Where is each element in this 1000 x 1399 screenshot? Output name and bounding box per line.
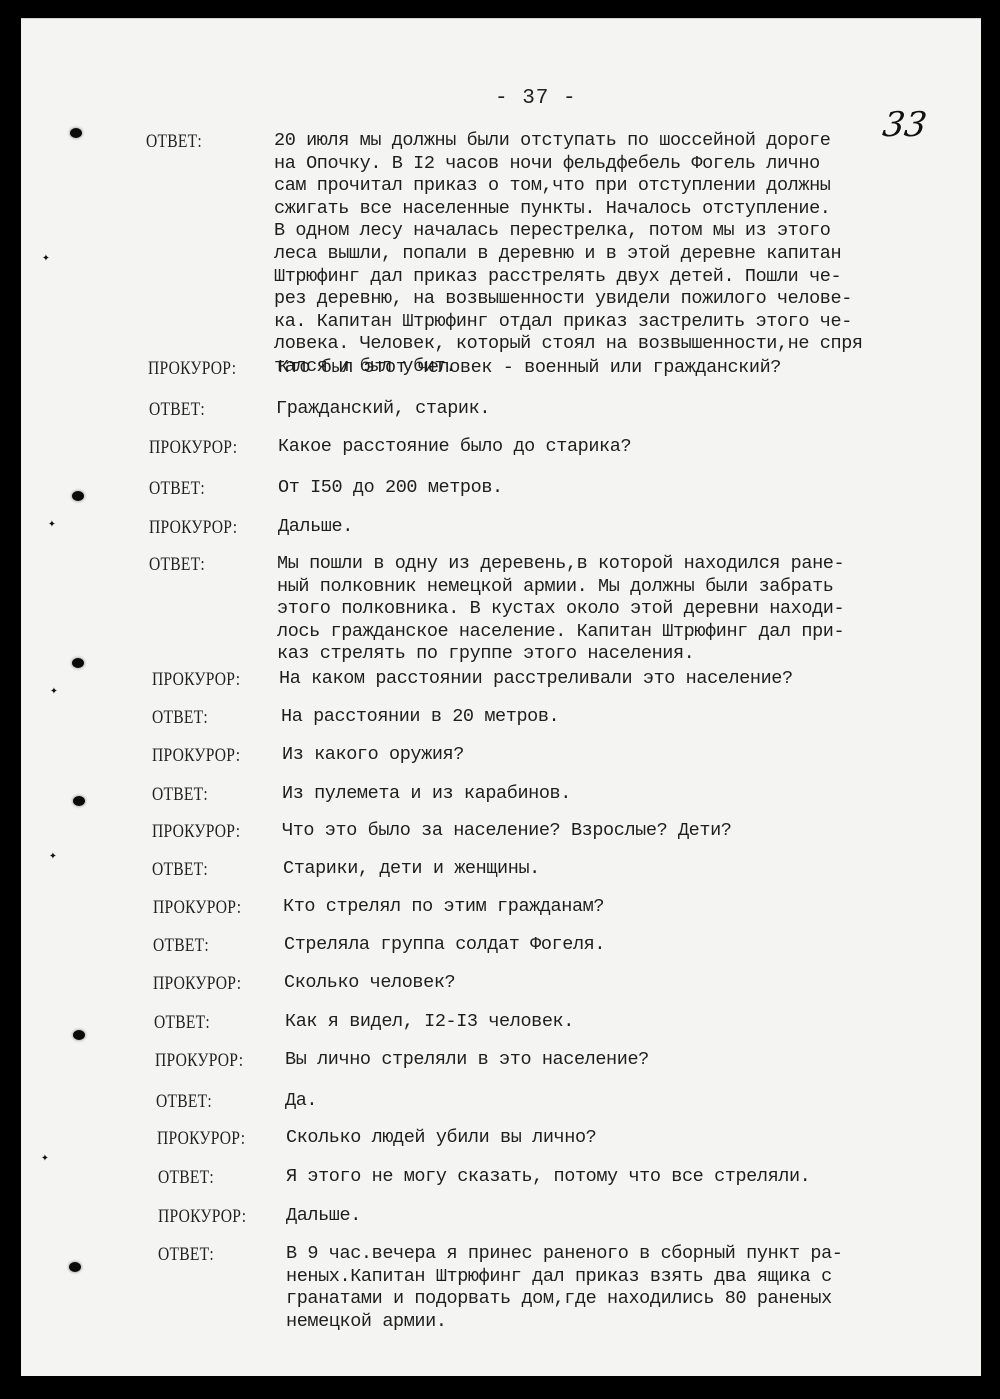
transcript-line: немецкой армии. <box>286 1311 447 1334</box>
speaker-label: ОТВЕТ: <box>152 707 208 729</box>
transcript-line: Гражданский, старик. <box>276 398 490 421</box>
transcript-line: Старики, дети и женщины. <box>283 858 540 881</box>
transcript-line: сам прочитал приказ о том,что при отступ… <box>274 175 831 198</box>
speaker-label: ОТВЕТ: <box>152 859 208 881</box>
transcript-line: Как я видел, I2-I3 человек. <box>285 1011 574 1034</box>
transcript-line: ловека. Человек, который стоял на возвыш… <box>274 333 863 356</box>
transcript-line: этого полковника. В кустах около этой де… <box>277 598 844 621</box>
punch-hole-icon <box>73 1030 85 1040</box>
speaker-label: ПРОКУРОР: <box>155 1050 243 1072</box>
punch-hole-icon <box>73 796 85 806</box>
transcript-line: В одном лесу началась перестрелка, потом… <box>274 220 831 243</box>
transcript-line: От I50 до 200 метров. <box>278 477 503 500</box>
transcript-line: Кто был этот человек - военный или гражд… <box>278 357 781 380</box>
speaker-label: ОТВЕТ: <box>158 1167 214 1189</box>
transcript-line: Сколько человек? <box>284 972 455 995</box>
punch-hole-icon <box>72 491 84 501</box>
speaker-label: ПРОКУРОР: <box>153 973 241 995</box>
transcript-line: На расстоянии в 20 метров. <box>281 706 559 729</box>
transcript-line: Из пулемета и из карабинов. <box>282 783 571 806</box>
speaker-label: ОТВЕТ: <box>149 478 205 500</box>
speaker-label: ОТВЕТ: <box>153 935 209 957</box>
transcript-line: Какое расстояние было до старика? <box>278 436 631 459</box>
punch-hole-icon <box>69 1262 81 1272</box>
transcript-line: лось гражданское население. Капитан Штрю… <box>277 621 844 644</box>
speaker-label: ПРОКУРОР: <box>158 1206 246 1228</box>
speaker-label: ПРОКУРОР: <box>152 821 240 843</box>
transcript-line: Стреляла группа солдат Фогеля. <box>284 934 605 957</box>
transcript-line: ный полковник немецкой армии. Мы должны … <box>277 576 834 599</box>
ink-speck-icon: ✦ <box>49 850 61 862</box>
ink-speck-icon: ✦ <box>42 252 54 264</box>
transcript-line: каз стрелять по группе этого населения. <box>277 643 694 666</box>
transcript-line: неных.Капитан Штрюфинг дал приказ взять … <box>286 1266 832 1289</box>
speaker-label: ПРОКУРОР: <box>152 745 240 767</box>
transcript-line: леса вышли, попали в деревню и в этой де… <box>274 243 841 266</box>
transcript-line: Из какого оружия? <box>282 744 464 767</box>
transcript-line: Штрюфинг дал приказ расстрелять двух дет… <box>274 266 841 289</box>
speaker-label: ПРОКУРОР: <box>149 517 237 539</box>
transcript-line: Мы пошли в одну из деревень,в которой на… <box>277 553 844 576</box>
transcript-line: ка. Капитан Штрюфинг отдал приказ застре… <box>274 311 852 334</box>
speaker-label: ОТВЕТ: <box>149 399 205 421</box>
speaker-label: ПРОКУРОР: <box>153 897 241 919</box>
transcript-line: В 9 час.вечера я принес раненого в сборн… <box>286 1243 843 1266</box>
ink-speck-icon: ✦ <box>50 685 62 697</box>
transcript-line: Я этого не могу сказать, потому что все … <box>286 1166 810 1189</box>
transcript-line: На каком расстоянии расстреливали это на… <box>279 668 793 691</box>
punch-hole-icon <box>72 658 84 668</box>
punch-hole-icon <box>70 128 82 138</box>
speaker-label: ПРОКУРОР: <box>157 1128 245 1150</box>
transcript-line: гранатами и подорвать дом,где находились… <box>286 1288 832 1311</box>
ink-speck-icon: ✦ <box>48 518 60 530</box>
speaker-label: ОТВЕТ: <box>146 131 202 153</box>
speaker-label: ОТВЕТ: <box>156 1091 212 1113</box>
speaker-label: ПРОКУРОР: <box>148 358 236 380</box>
speaker-label: ОТВЕТ: <box>149 554 205 576</box>
speaker-label: ОТВЕТ: <box>158 1244 214 1266</box>
speaker-label: ОТВЕТ: <box>154 1012 210 1034</box>
transcript-line: Вы лично стреляли в это население? <box>285 1049 649 1072</box>
transcript-line: Кто стрелял по этим гражданам? <box>283 896 604 919</box>
transcript-line: Дальше. <box>278 516 353 539</box>
transcript-line: сжигать все населенные пункты. Началось … <box>274 198 831 221</box>
transcript-line: Сколько людей убили вы лично? <box>286 1127 596 1150</box>
speaker-label: ОТВЕТ: <box>152 784 208 806</box>
transcript-line: на Опочку. В I2 часов ночи фельдфебель Ф… <box>274 153 820 176</box>
transcript-line: Да. <box>285 1090 317 1113</box>
transcript-line: рез деревню, на возвышенности увидели по… <box>274 288 852 311</box>
speaker-label: ПРОКУРОР: <box>149 437 237 459</box>
transcript-line: Дальше. <box>286 1205 361 1228</box>
transcript-line: Что это было за население? Взрослые? Дет… <box>282 820 731 843</box>
page-number: - 37 - <box>495 87 577 110</box>
speaker-label: ПРОКУРОР: <box>152 669 240 691</box>
transcript-line: 20 июля мы должны были отступать по шосс… <box>274 130 831 153</box>
archive-page-number-handwritten: 33 <box>880 105 929 145</box>
ink-speck-icon: ✦ <box>41 1152 53 1164</box>
